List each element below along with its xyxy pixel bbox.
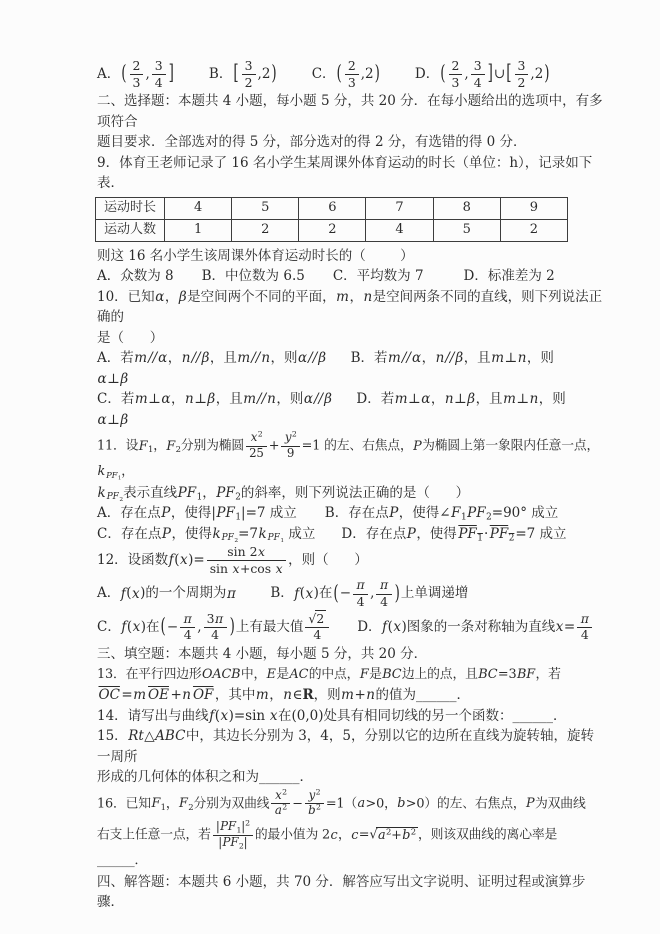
math-variable: π <box>226 586 236 602</box>
text-run: A．若 <box>97 350 134 366</box>
text-run: , <box>197 619 201 635</box>
math-variable: BC <box>382 667 402 682</box>
fraction-denominator: a2 <box>271 804 290 818</box>
text-run: 是空间两个不同的平面， <box>187 289 336 305</box>
fraction-denominator: 3 <box>345 75 359 90</box>
math-variable: m <box>243 391 257 407</box>
math-variable: π <box>356 577 365 592</box>
fraction-denominator: sin x+cos x <box>207 561 286 576</box>
text-run: 4 <box>184 627 192 642</box>
math-fraction: π4 <box>577 612 592 643</box>
math-fraction: 3π4 <box>204 612 227 643</box>
math-variable: n <box>435 350 445 366</box>
text-run: 2 <box>245 75 253 90</box>
math-variable: n <box>184 391 194 407</box>
math-fraction: y29 <box>281 431 299 461</box>
text-run: D．标准差为 2 <box>464 268 555 284</box>
math-variable: P <box>406 526 416 542</box>
q15-stem-line2: 形成的几何体的体积之和为______． <box>97 767 604 788</box>
q16-stem-line1: 16．已知F1，F2分别为双曲线x2a2−y2b2=1（a>0，b>0）的左、右… <box>97 788 604 820</box>
big-delimiter: ) <box>271 58 276 90</box>
math-variable: P <box>526 796 535 811</box>
table-cell: 9 <box>500 197 567 219</box>
math-variable: n <box>529 391 539 407</box>
q11-options-ab: A．存在点P，使得|PF1|=7 成立B．存在点P，使得∠F1PF2=90° 成… <box>97 503 604 524</box>
math-variable: m <box>336 289 350 305</box>
text-run: ， <box>338 828 351 843</box>
math-variable: β <box>120 412 129 428</box>
q10-stem-line2: 是（ ） <box>97 328 604 349</box>
text-run: ， <box>269 687 283 703</box>
math-variable: c <box>330 828 338 843</box>
text-run: ，使得 <box>416 526 457 542</box>
math-variable: k <box>212 526 221 542</box>
math-variable: a <box>357 796 365 811</box>
table-cell: 2 <box>232 219 299 241</box>
table-row-header: 运动人数 <box>96 219 165 241</box>
math-variable: k <box>97 485 106 501</box>
table-cell: 8 <box>433 197 500 219</box>
text-run: 16．已知 <box>97 796 151 811</box>
text-run: >0， <box>366 796 397 811</box>
superscript: 2 <box>282 803 287 812</box>
math-fraction: 34 <box>152 59 166 90</box>
math-variable: // <box>445 350 455 366</box>
math-variable: PF <box>222 835 239 849</box>
big-delimiter: ) <box>230 611 235 643</box>
math-variable: x <box>305 586 314 602</box>
math-variable: OF <box>192 687 213 703</box>
math-sqrt: √2 <box>308 610 326 626</box>
subscript: 1 <box>461 513 467 523</box>
text-run: , <box>145 66 149 82</box>
math-variable: k <box>258 526 267 542</box>
math-variable: BF <box>516 667 535 682</box>
text-run: 成立 <box>284 526 315 542</box>
text-run: 为椭圆上第一象限内任意一点， <box>422 439 599 454</box>
math-variable: // <box>313 391 323 407</box>
text-run: 四、解答题：本题共 6 小题，共 70 分．解答应写出文字说明、证明过程或演算步… <box>97 874 585 911</box>
text-run: − <box>340 586 351 602</box>
text-run: 14．请写出与曲线 <box>97 708 209 724</box>
math-variable: β <box>120 371 129 387</box>
math-variable: PF <box>489 526 508 542</box>
text-run: 上单调递增 <box>401 586 469 602</box>
math-variable: β <box>467 391 476 407</box>
q13-stem-line2: OC=mOE+nOF，其中m，n∈R，则m+n的值为______． <box>97 685 604 706</box>
math-vector: OC <box>97 687 121 703</box>
big-delimiter: ) <box>395 577 400 609</box>
math-fraction: 23 <box>130 59 144 90</box>
text-run: 是 <box>369 667 382 682</box>
math-fraction: π4 <box>376 578 391 609</box>
math-variable: F <box>166 439 176 454</box>
math-variable: Rt <box>128 728 145 744</box>
math-variable: m <box>491 350 505 366</box>
math-variable: PF <box>267 533 280 543</box>
section4-heading: 四、解答题：本题共 6 小题，共 70 分．解答应写出文字说明、证明过程或演算步… <box>97 872 604 913</box>
big-delimiter: [ <box>233 58 238 90</box>
text-run: =7 成立 <box>515 526 566 542</box>
text-run: )=sin <box>229 708 270 724</box>
text-run: 2 <box>518 75 526 90</box>
text-run: ， <box>171 391 185 407</box>
spacer <box>297 516 325 517</box>
math-variable: x <box>257 544 265 559</box>
math-variable: n <box>283 687 293 703</box>
text-run: 4 <box>357 594 365 609</box>
text-run: ， <box>165 289 179 305</box>
math-fraction: 32 <box>515 59 529 90</box>
text-run: ⊥ <box>194 391 207 407</box>
text-run: C．若 <box>97 391 134 407</box>
fraction-numerator: y2 <box>305 789 324 804</box>
radicand: 2 <box>315 610 326 626</box>
section2-heading-line2: 题目要求．全部选对的得 5 分，部分选对的得 2 分，有选错的得 0 分． <box>97 132 604 153</box>
text-run: , <box>370 586 374 602</box>
text-run: △ <box>144 728 154 744</box>
fraction-numerator: π <box>180 612 195 628</box>
math-variable: α <box>303 391 313 407</box>
text-run: 13．在平行四边形 <box>97 667 202 682</box>
math-fraction: x225 <box>246 431 267 461</box>
math-variable: n <box>444 391 454 407</box>
text-run: 3 <box>518 58 526 73</box>
math-variable: // <box>191 350 201 366</box>
q10-stem-line1: 10．已知α，β是空间两个不同的平面，m，n是空间两条不同的直线，则下列说法正确… <box>97 287 604 328</box>
math-variable: PF <box>220 819 237 833</box>
math-variable: m <box>134 350 148 366</box>
text-run: 题目要求．全部选对的得 5 分，部分选对的得 2 分，有选错的得 0 分． <box>97 134 527 150</box>
text-run: ，则 <box>276 391 303 407</box>
math-variable: ABC <box>155 728 186 744</box>
text-run: sin 2 <box>227 544 257 559</box>
math-variable: π <box>379 577 388 592</box>
math-variable: P <box>161 505 171 521</box>
text-run: B． <box>270 586 293 602</box>
text-run: 4 <box>581 627 589 642</box>
text-run: 形成的几何体的体积之和为______． <box>97 769 313 785</box>
q10-options-cd: C．若m⊥α，n⊥β，且m//n，则α//βD．若m⊥α，n⊥β，且m⊥n，则 <box>97 389 604 410</box>
superscript: 2 <box>258 430 263 439</box>
math-variable: b <box>397 796 406 811</box>
q11-stem-line2: kPF2表示直线PF1，PF2的斜率，则下列说法正确的是（ ） <box>97 483 604 504</box>
text-run: ，且 <box>464 350 491 366</box>
text-run: 2 <box>316 611 324 626</box>
text-run: 12．设函数 <box>97 552 168 568</box>
text-run: 3 <box>474 58 482 73</box>
text-run: A． <box>97 586 120 602</box>
math-variable: OC <box>98 687 120 703</box>
fraction-denominator: 4 <box>152 75 166 90</box>
math-variable: y <box>284 430 292 444</box>
math-variable: c <box>351 828 359 843</box>
spacer <box>327 361 351 362</box>
text-run: 9 <box>287 446 294 460</box>
fraction-denominator: 2 <box>515 75 529 90</box>
big-delimiter: ( <box>333 577 338 609</box>
spacer <box>315 537 341 538</box>
text-run: 4 <box>211 627 219 642</box>
fraction-numerator: 2 <box>449 59 463 75</box>
text-run: 3 <box>452 75 460 90</box>
math-vector: PF2 <box>488 526 515 542</box>
table-row-header: 运动时长 <box>96 197 165 219</box>
q10-options-ab-cont: α⊥β <box>97 369 604 390</box>
text-run: ,2 <box>530 66 543 82</box>
text-run: 2 <box>292 430 297 439</box>
text-run: 上有最大值 <box>236 619 304 635</box>
text-run: )图象的一条对称轴为直线 <box>401 619 555 635</box>
fraction-numerator: 3 <box>515 59 529 75</box>
subscript: PF1 <box>267 533 284 543</box>
math-variable: m <box>388 350 402 366</box>
math-variable: α <box>97 371 107 387</box>
section3-heading: 三、填空题：本题共 4 小题，每小题 5 分，共 20 分． <box>97 644 604 665</box>
text-run: ，且 <box>210 350 237 366</box>
q9-options: A．众数为 8B．中位数为 6.5C．平均数为 7D．标准差为 2 <box>97 266 604 287</box>
text-run: ，使得∠ <box>399 505 451 521</box>
math-variable: α <box>298 350 308 366</box>
text-run: sin <box>210 561 232 576</box>
fraction-numerator: x2 <box>246 431 267 446</box>
q13-stem-line1: 13．在平行四边形OACB中，E是AC的中点，F是BC边上的点，且BC=3BF，… <box>97 665 604 686</box>
text-run: A． <box>97 66 120 82</box>
text-run: 1 <box>477 533 483 543</box>
text-run: ，其中 <box>215 687 256 703</box>
math-fraction: π4 <box>180 612 195 643</box>
text-run: )在 <box>314 586 333 602</box>
table-cell: 2 <box>500 219 567 241</box>
math-variable: α <box>421 391 431 407</box>
text-run: )在 <box>141 619 160 635</box>
math-sqrt: √a2+b2 <box>369 827 418 843</box>
text-run: 右支上任意一点，若 <box>97 828 211 843</box>
fraction-numerator: 3π <box>204 612 227 628</box>
big-delimiter: ( <box>121 58 126 90</box>
text-run: B．若 <box>351 350 388 366</box>
q12-options-cd: C．f(x)在(−π4,3π4)上有最大值√24D．f(x)图象的一条对称轴为直… <box>97 611 604 644</box>
math-variable: PF <box>106 470 118 480</box>
text-run: 中， <box>241 667 266 682</box>
fraction-numerator: 3 <box>242 59 256 75</box>
bold-symbol: R <box>302 687 313 703</box>
table-row: 运动时长456789 <box>96 197 568 219</box>
text-run: ，且 <box>216 391 243 407</box>
math-variable: n <box>267 391 277 407</box>
text-run: D． <box>415 66 439 82</box>
text-run: ∈ <box>292 687 302 703</box>
q14-stem: 14．请写出与曲线f(x)=sin x在(0,0)处具有相同切线的另一个函数：_… <box>97 706 604 727</box>
text-run: + <box>170 687 181 703</box>
text-run: + <box>354 687 365 703</box>
table-row: 运动人数122452 <box>96 219 568 241</box>
fraction-denominator: 4 <box>305 628 329 643</box>
q12-options-ab: A．f(x)的一个周期为πB．f(x)在(−π4,π4)上单调递增 <box>97 577 604 610</box>
math-variable: n <box>363 289 373 305</box>
math-variable: PF <box>467 505 486 521</box>
fraction-numerator: π <box>376 578 391 594</box>
text-run: 2 <box>348 58 356 73</box>
math-variable: α <box>161 391 171 407</box>
exam-page: A．(23,34]B．[32,2)C．(23,2)D．(23,34]∪[32,2… <box>0 0 660 934</box>
fraction-numerator: π <box>577 612 592 628</box>
text-run: ，则 <box>271 350 298 366</box>
text-run: ， <box>349 289 363 305</box>
text-run: C． <box>312 66 336 82</box>
math-vector: OE <box>147 687 171 703</box>
text-run: 2 <box>133 58 141 73</box>
math-fraction: π4 <box>353 578 368 609</box>
text-run: 3 <box>348 75 356 90</box>
text-run: 2 <box>282 803 287 812</box>
text-run: 在(0,0)处具有相同切线的另一个函数：______． <box>278 708 567 724</box>
big-delimiter: ] <box>169 58 174 90</box>
text-run: ⊥ <box>505 350 518 366</box>
math-variable: β <box>318 350 327 366</box>
text-run: ，则 <box>314 687 341 703</box>
math-variable: m <box>134 391 148 407</box>
text-run: ⊥ <box>148 391 161 407</box>
math-variable: m <box>341 687 355 703</box>
text-run: 是（ ） <box>97 330 163 346</box>
text-run: ， <box>166 796 179 811</box>
math-variable: a <box>377 828 385 843</box>
fraction-denominator: 4 <box>577 628 592 643</box>
text-run: 4 <box>380 594 388 609</box>
text-run: 二、选择题：本题共 4 小题，每小题 5 分，共 20 分．在每小题给出的选项中… <box>97 93 603 130</box>
math-variable: α <box>97 412 107 428</box>
math-variable: b <box>308 803 316 817</box>
math-variable: m <box>394 391 408 407</box>
text-run: B．存在点 <box>325 505 389 521</box>
text-run: 的斜率，则下列说法正确的是（ ） <box>241 485 469 501</box>
math-variable: α <box>411 350 421 366</box>
text-run: ，则 <box>527 350 554 366</box>
superscript: 2 <box>282 787 287 796</box>
q15-stem-line1: 15．Rt△ABC中，其边长分别为 3，4，5，分别以它的边所在直线为旋转轴，旋… <box>97 726 604 767</box>
math-variable: x <box>275 788 283 802</box>
table-cell: 4 <box>366 219 433 241</box>
text-run: 4 <box>313 627 321 642</box>
fraction-numerator: y2 <box>281 431 299 446</box>
text-run: ，则（ ） <box>288 552 368 568</box>
math-variable: n <box>181 350 191 366</box>
text-run: | <box>244 835 248 849</box>
text-run: ， <box>168 350 182 366</box>
text-run: ( <box>126 586 131 602</box>
text-run: D．存在点 <box>341 526 406 542</box>
text-run: 3 <box>245 58 253 73</box>
math-variable: x <box>275 561 283 576</box>
table-cell: 5 <box>232 197 299 219</box>
math-variable: OE <box>148 687 170 703</box>
superscript: 2 <box>411 826 416 836</box>
fraction-numerator: √2 <box>305 612 329 628</box>
math-variable: F <box>451 505 461 521</box>
fraction-denominator: 9 <box>281 447 299 461</box>
text-run: 15． <box>97 728 128 744</box>
math-variable: m <box>133 687 147 703</box>
big-delimiter: ( <box>440 58 445 90</box>
math-variable: x <box>269 708 278 724</box>
text-run: ∪ <box>494 66 505 82</box>
text-run: 2 <box>316 787 321 796</box>
text-run: ,2 <box>258 66 271 82</box>
text-run: C． <box>97 619 121 635</box>
spacer <box>332 402 356 403</box>
text-run: ，使得 <box>171 526 212 542</box>
subscript: PF1 <box>106 470 122 480</box>
fraction-numerator: |PF1|2 <box>213 820 253 835</box>
fraction-numerator: 3 <box>471 59 485 75</box>
text-run: − <box>292 796 303 811</box>
text-run: 2 <box>245 819 250 828</box>
text-run: 的值为______． <box>376 687 471 703</box>
text-run: 三、填空题：本题共 4 小题，每小题 5 分，共 20 分． <box>97 646 427 662</box>
spacer <box>331 630 357 631</box>
text-run: 的中点， <box>309 667 360 682</box>
text-run: , <box>464 66 468 82</box>
math-variable: // <box>308 350 318 366</box>
text-run: 2 <box>411 826 416 836</box>
fraction-denominator: |PF2| <box>213 836 253 850</box>
math-variable: AC <box>289 667 309 682</box>
math-variable: β <box>324 391 333 407</box>
text-run: 4 <box>474 75 482 90</box>
table-cell: 7 <box>366 197 433 219</box>
text-run: 则这 16 名小学生该周课外体育运动时长的（ ） <box>97 248 414 264</box>
text-run: =7 <box>238 526 258 542</box>
table-cell: 2 <box>299 219 366 241</box>
text-run: + <box>269 439 280 454</box>
math-fraction: √24 <box>305 612 329 643</box>
text-run: 的最小值为 2 <box>255 828 330 843</box>
math-variable: F <box>138 439 148 454</box>
section2-heading-line1: 二、选择题：本题共 4 小题，每小题 5 分，共 20 分．在每小题给出的选项中… <box>97 91 604 132</box>
text-run: 为双曲线 <box>535 796 586 811</box>
math-variable: β <box>201 350 210 366</box>
math-variable: π <box>580 611 589 626</box>
math-variable: x <box>220 708 229 724</box>
superscript: 2 <box>245 819 250 828</box>
text-run: 25 <box>249 446 264 460</box>
math-variable: m <box>237 350 251 366</box>
q10-options-ab: A．若m//α，n//β，且m//n，则α//βB．若m//α，n//β，且m⊥… <box>97 348 604 369</box>
text-run: D．若 <box>356 391 394 407</box>
text-run: ，若 <box>535 667 560 682</box>
fraction-numerator: 2 <box>130 59 144 75</box>
math-variable: F <box>151 796 161 811</box>
big-delimiter: ( <box>161 611 166 643</box>
math-vector: PF1 <box>457 526 484 542</box>
math-vector: OF <box>191 687 214 703</box>
text-run: A．众数为 8 <box>97 268 174 284</box>
text-run: 2 <box>452 58 460 73</box>
text-run: 分别为双曲线 <box>194 796 270 811</box>
text-run: =1（ <box>326 796 357 811</box>
math-variable: PF <box>106 492 119 502</box>
text-run: ， <box>431 391 445 407</box>
spacer <box>236 597 270 598</box>
math-fraction: 23 <box>345 59 359 90</box>
subscript: PF2 <box>106 492 123 502</box>
q8-options-row: A．(23,34]B．[32,2)C．(23,2)D．(23,34]∪[32,2… <box>97 58 604 91</box>
text-run: =3 <box>498 667 517 682</box>
q11-stem-line1: 11．设F1，F2分别为椭圆x225+y29=1 的左、右焦点，P为椭圆上第一象… <box>97 430 604 482</box>
math-variable: m <box>255 687 269 703</box>
fraction-denominator: 4 <box>353 595 368 610</box>
